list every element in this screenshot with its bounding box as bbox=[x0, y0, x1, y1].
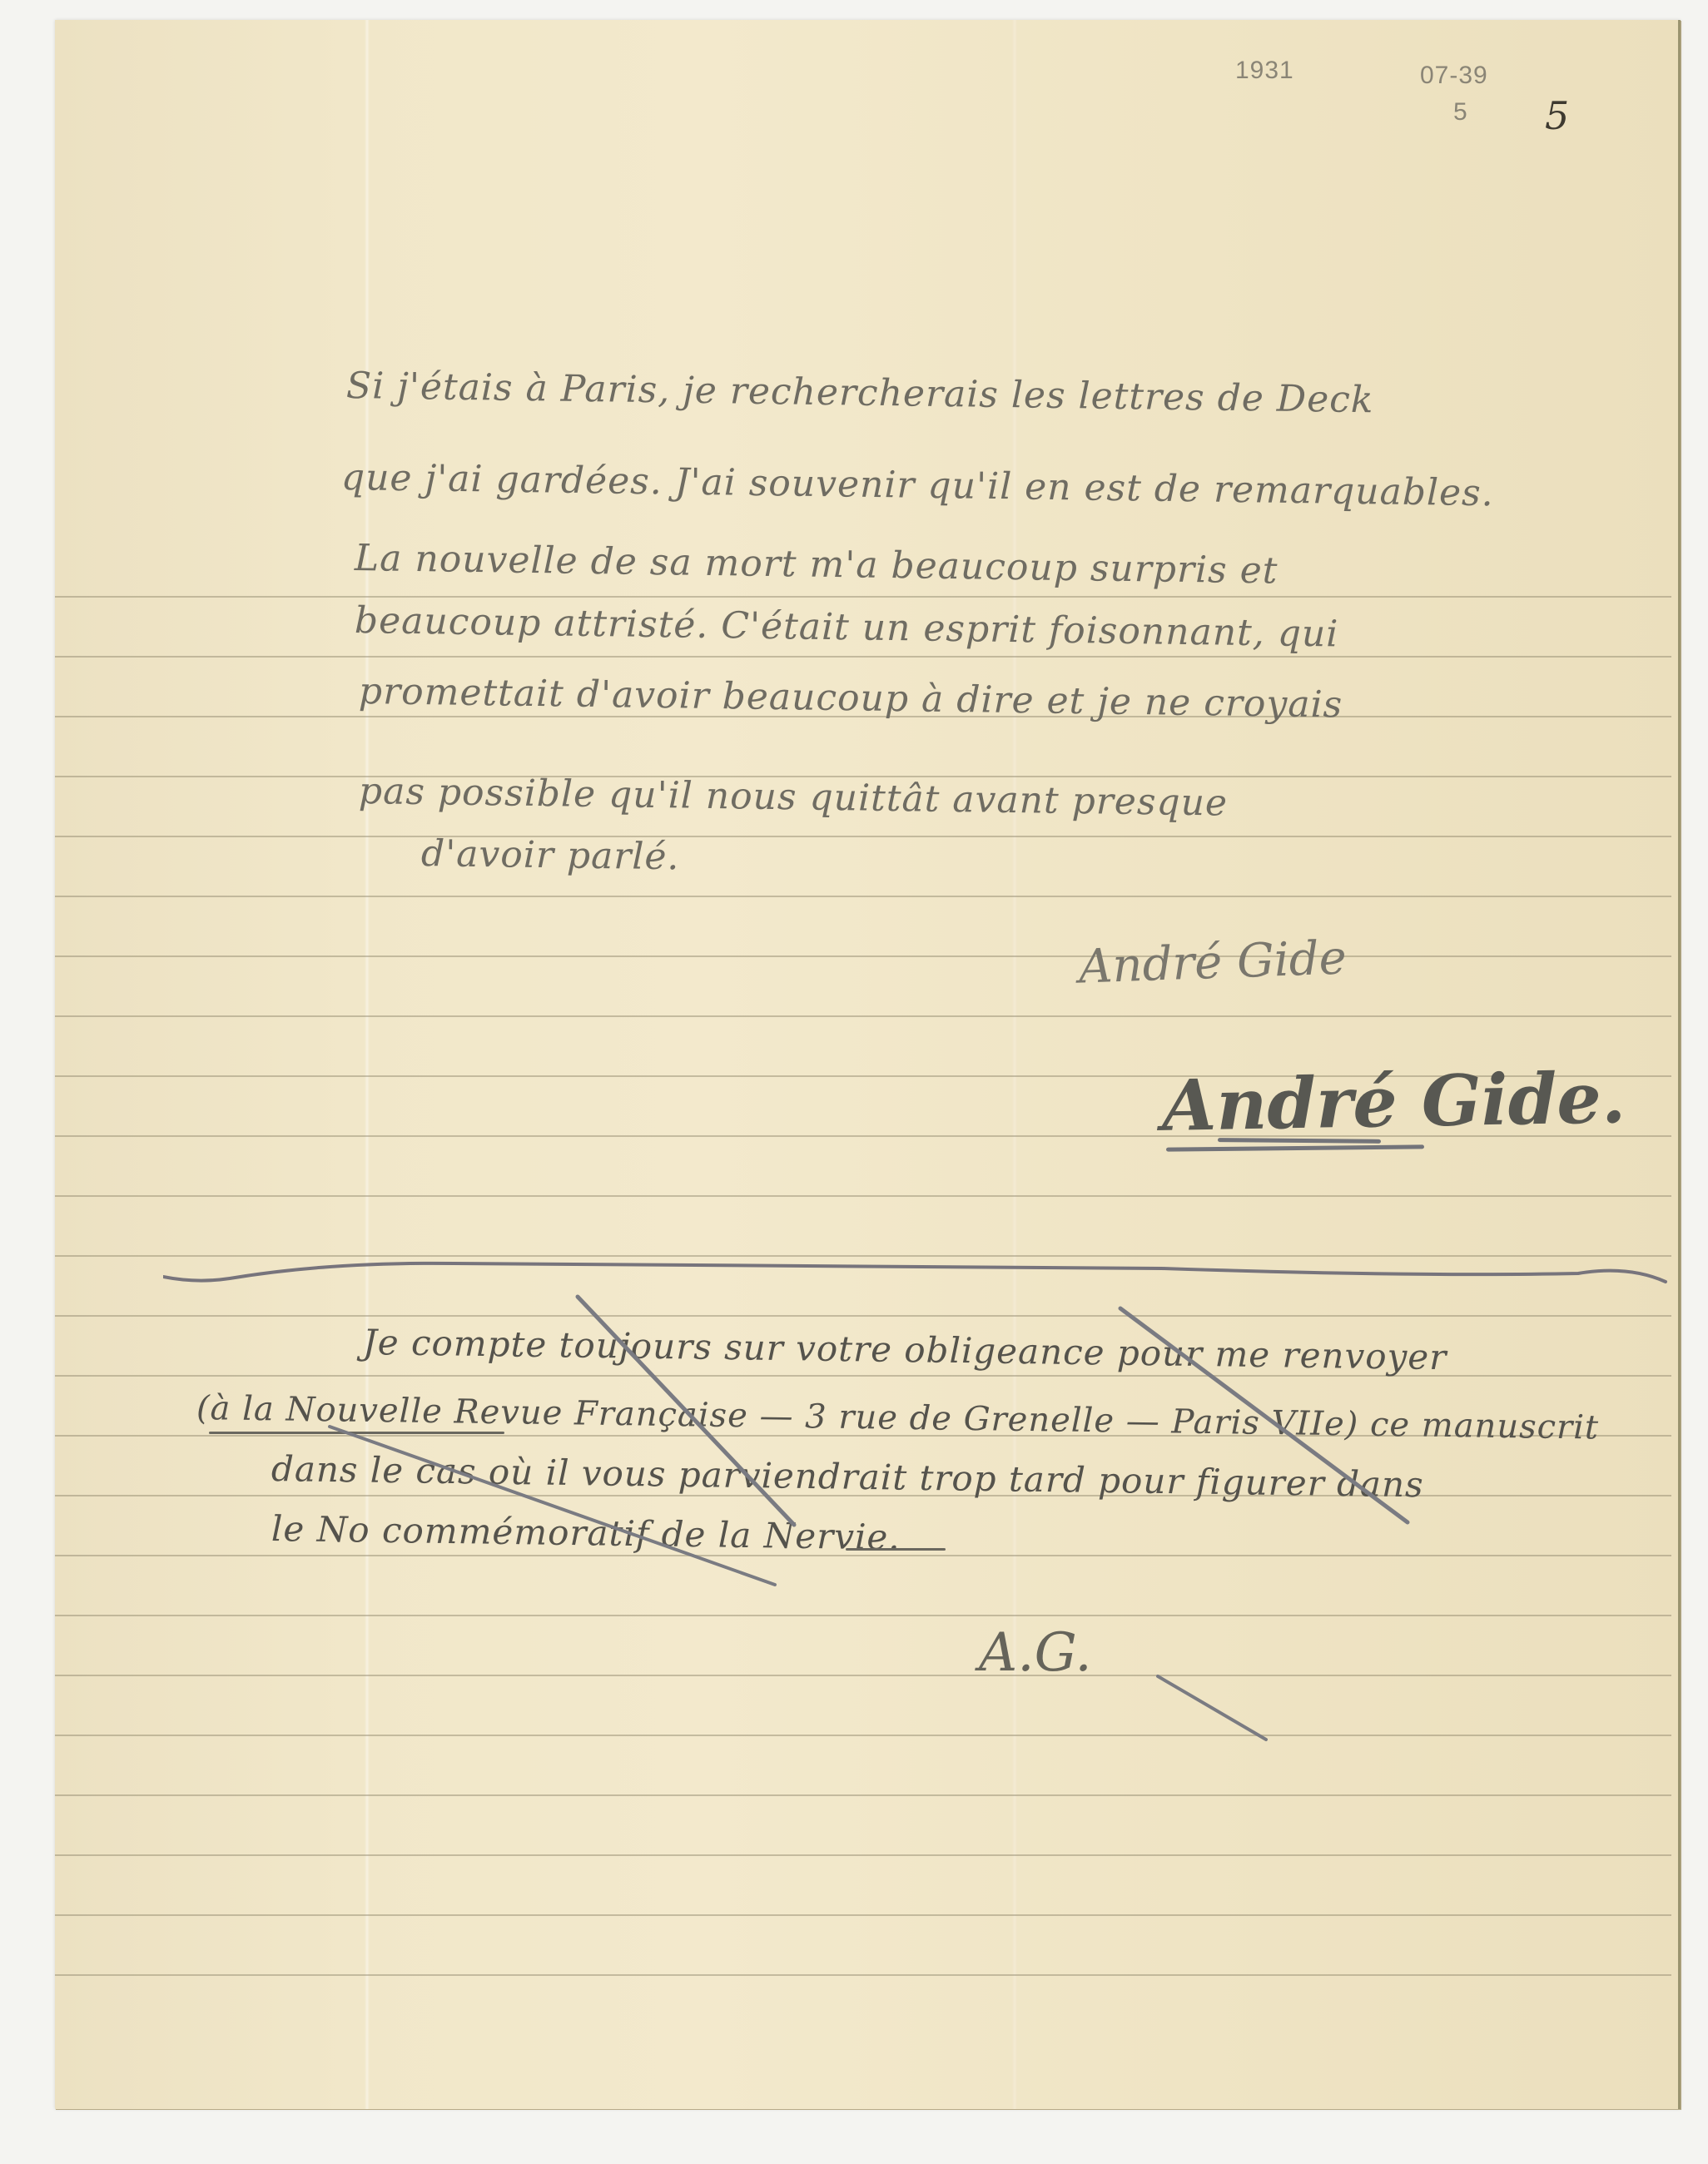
postscript-line: le No commémoratif de la Nervie. bbox=[271, 1511, 901, 1556]
postscript-initials: A.G. bbox=[979, 1622, 1092, 1684]
revue-underline bbox=[209, 1432, 504, 1434]
nervie-underline bbox=[846, 1548, 946, 1551]
fold-crease bbox=[1012, 20, 1017, 2109]
postscript-line: (à la Nouvelle Revue Française — 3 rue d… bbox=[196, 1392, 1600, 1445]
letter-page: 1931 07-39 5 5 Si j'étais à Paris, je re… bbox=[55, 20, 1681, 2109]
folio-number: 5 bbox=[1545, 93, 1569, 138]
archive-sub-number-mark: 5 bbox=[1453, 98, 1468, 127]
archive-reference-mark: 07-39 bbox=[1420, 62, 1488, 90]
archive-year-mark: 1931 bbox=[1235, 57, 1294, 85]
letter-line: d'avoir parlé. bbox=[421, 836, 680, 876]
pencil-signature: André Gide bbox=[1078, 931, 1348, 994]
section-divider-line bbox=[163, 1260, 1670, 1293]
letter-line: Si j'étais à Paris, je rechercherais les… bbox=[346, 368, 1374, 419]
letter-line: beaucoup attristé. C'était un esprit foi… bbox=[355, 603, 1339, 653]
letter-line: pas possible qu'il nous quittât avant pr… bbox=[359, 773, 1229, 822]
letter-line: La nouvelle de sa mort m'a beaucoup surp… bbox=[355, 540, 1279, 589]
fold-crease bbox=[365, 20, 370, 2109]
letter-line: que j'ai gardées. J'ai souvenir qu'il en… bbox=[341, 459, 1494, 512]
ink-signature: André Gide. bbox=[1161, 1056, 1626, 1147]
postscript-line: Je compte toujours sur votre obligeance … bbox=[363, 1325, 1447, 1375]
